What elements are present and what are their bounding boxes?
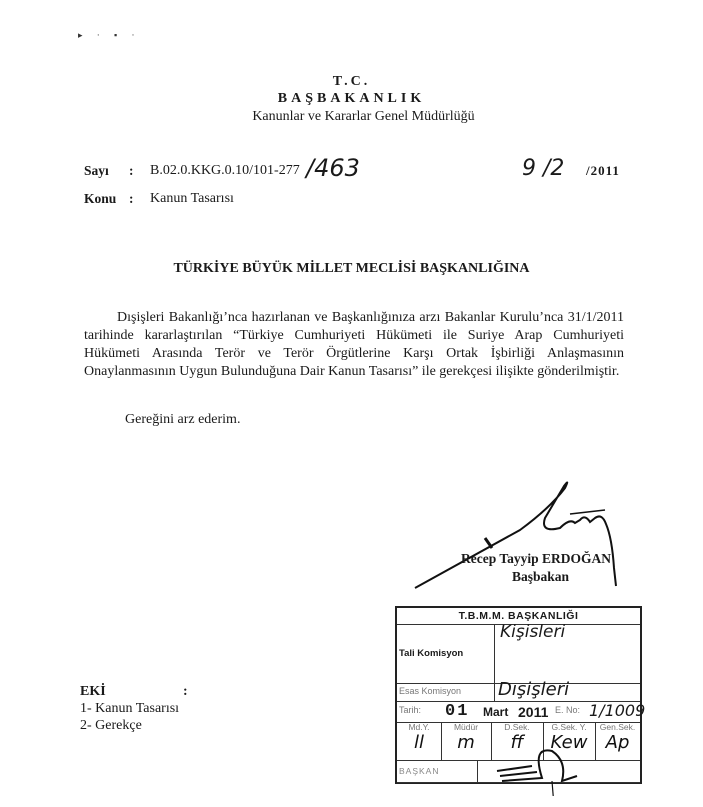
header-department: Kanunlar ve Kararlar Genel Müdürlüğü [12, 109, 703, 125]
tali-value: Kişisleri [500, 622, 565, 642]
tbmm-receipt-stamp: T.B.M.M. BAŞKANLIĞI Tali Komisyon Kişisl… [395, 606, 642, 784]
date-handwritten: 9 /2 [522, 156, 564, 181]
tarih-year: 2011 [518, 704, 548, 720]
stamp-esas-row: Esas Komisyon Dışişleri [397, 683, 640, 702]
konu-colon: : [129, 191, 134, 207]
sig-cell: Md.Y.ll [397, 722, 442, 760]
konu-label: Konu [84, 191, 116, 207]
signatory-title: Başbakan [512, 569, 569, 585]
date-year: /2011 [586, 163, 620, 179]
stamp-tali-row: Tali Komisyon Kişisleri [397, 624, 640, 684]
konu-value: Kanun Tasarısı [150, 191, 234, 207]
signatory-name: Recep Tayyip ERDOĞAN [461, 551, 611, 567]
esas-value: Dışişleri [498, 679, 569, 700]
stamp-baskan-row: BAŞKAN [397, 760, 640, 783]
tarih-label: Tarih: [399, 705, 421, 715]
esas-no-label: E. No: [555, 705, 580, 715]
scan-specks: ▸ · ▪ · [78, 30, 140, 41]
attachment-item: 1- Kanun Tasarısı [80, 701, 179, 717]
body-paragraph: Dışişleri Bakanlığı’nca hazırlanan ve Ba… [84, 309, 624, 381]
header-office: BAŞBAKANLIK [0, 91, 703, 107]
tarih-month: Mart [483, 705, 508, 719]
sig-cell: Gen.Sek.Ap [595, 722, 640, 760]
sayi-value: B.02.0.KKG.0.10/101-277 [150, 163, 300, 179]
tarih-day: 01 [445, 702, 469, 721]
sayi-colon: : [129, 163, 134, 179]
closing-line: Gereğini arz ederim. [125, 412, 240, 428]
baskan-label: BAŞKAN [399, 766, 440, 776]
esas-label: Esas Komisyon [399, 686, 461, 696]
header-state: T.C. [0, 74, 703, 90]
tali-label: Tali Komisyon [399, 648, 463, 659]
attachment-item: 2- Gerekçe [80, 718, 142, 734]
sig-cell: Müdürm [441, 722, 492, 760]
esas-no-value: 1/1009 [589, 701, 645, 720]
addressee: TÜRKİYE BÜYÜK MİLLET MECLİSİ BAŞKANLIĞIN… [0, 261, 703, 277]
sayi-label: Sayı [84, 163, 109, 179]
attachments-label: EKİ [80, 684, 106, 700]
sayi-handwritten: /463 [306, 154, 360, 182]
stamp-date-row: Tarih: 01 Mart 2011 E. No: 1/1009 [397, 701, 640, 723]
attachments-colon: : [183, 684, 188, 700]
baskan-signature-scribble [492, 746, 582, 796]
